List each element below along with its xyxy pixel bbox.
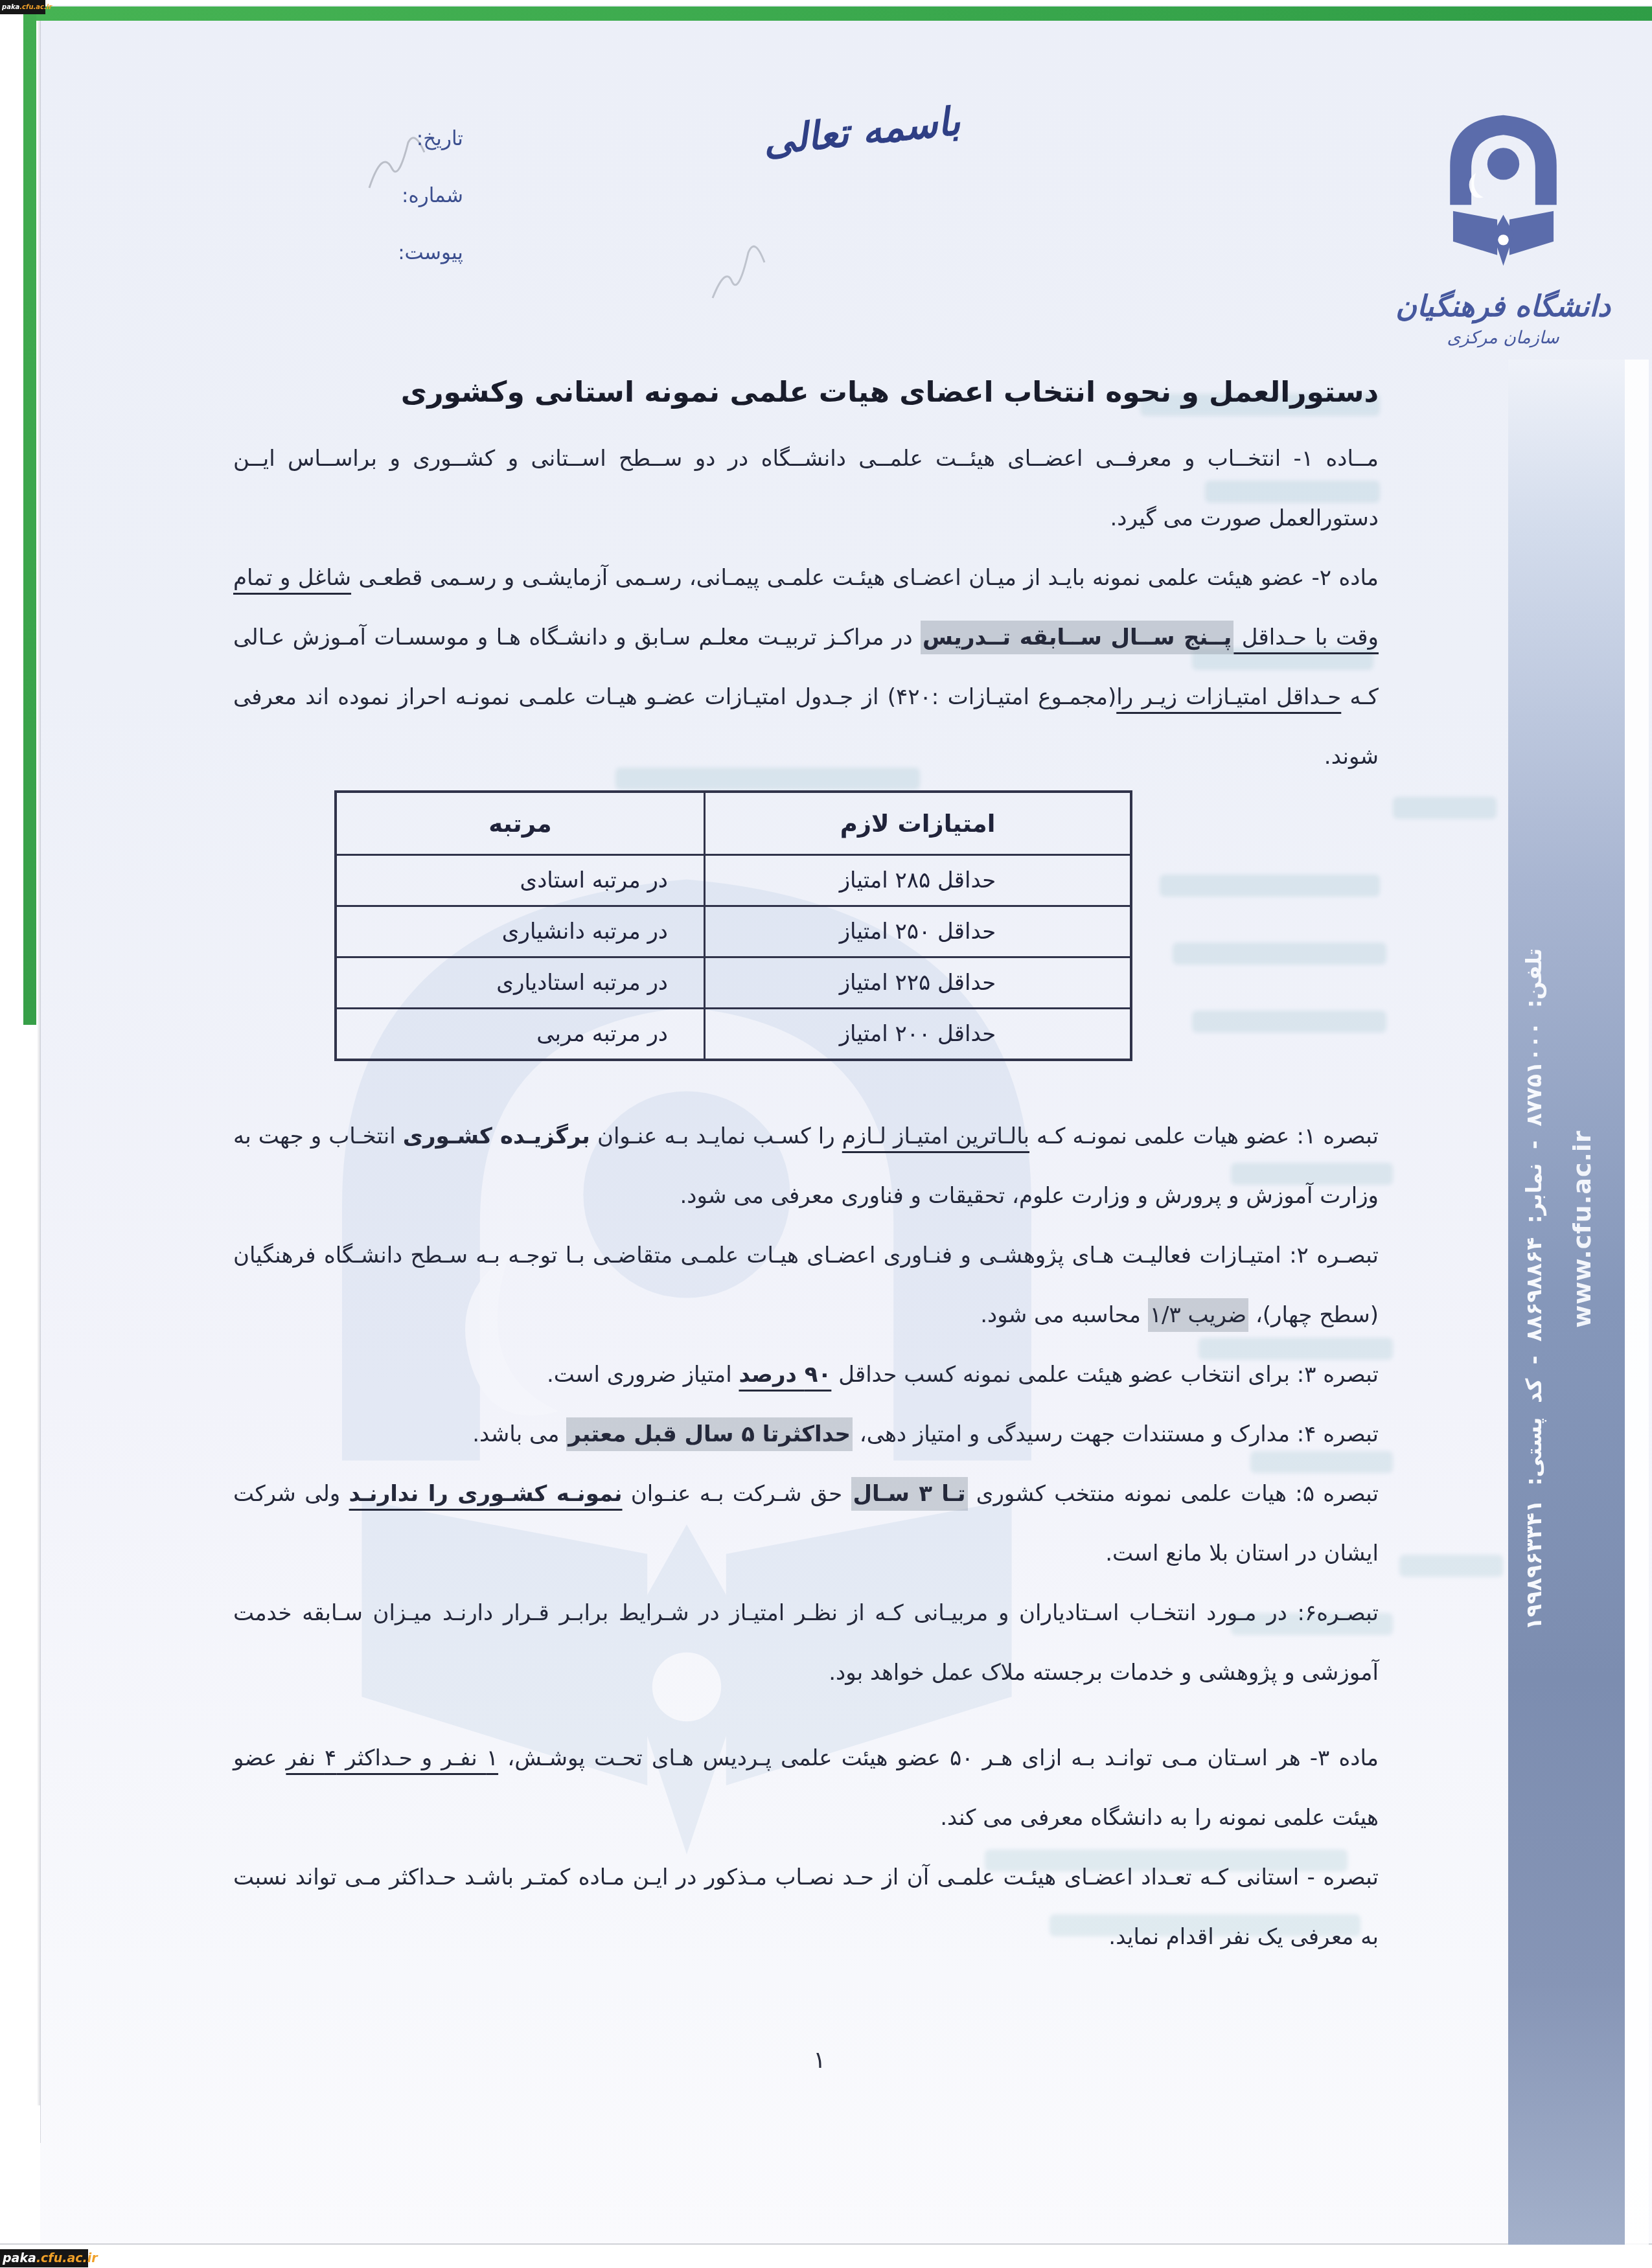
points-cell: حداقل ۲۵۰ امتیاز	[705, 906, 1132, 957]
document-title: دستورالعمل و نحوه انتخاب اعضای هیات علمی…	[233, 363, 1379, 422]
rank-cell: در مرتبه استادی	[336, 855, 705, 906]
article-1: مــاده ۱- انتخــاب و معرفــی اعضــای هیئ…	[233, 429, 1379, 548]
date-field-label: تاریخ:	[347, 110, 463, 167]
letter-header-fields: تاریخ: شماره: پیوست:	[347, 110, 463, 281]
paper-bottom-edge	[0, 2243, 1652, 2268]
scanned-page: تاریخ: شماره: پیوست: باسمه تعالی دانشگاه…	[0, 0, 1652, 2268]
badge-domain: .cfu.ac.ir	[19, 4, 52, 11]
article-3: ماده ۳- هر اسـتان مـی توانـد بـه ازای هـ…	[233, 1728, 1379, 1848]
table-header-row: امتیازات لازم مرتبه	[336, 792, 1131, 855]
table-row: حداقل ۲۸۵ امتیاز در مرتبه استادی	[336, 855, 1131, 906]
number-field-label: شماره:	[347, 167, 463, 224]
bleed-through-artifact	[1393, 797, 1497, 819]
university-subtitle: سازمان مرکزی	[1393, 328, 1613, 348]
letterhead-band-margin	[1625, 360, 1649, 2245]
rank-cell: در مرتبه دانشیاری	[336, 906, 705, 957]
contact-info-vertical: تلفن: ۸۷۷۵۱۰۰۰ - نمابر: ۸۸۶۹۸۸۶۴ - کد پس…	[1513, 849, 1555, 1730]
table-row: حداقل ۲۰۰ امتیاز در مرتبه مربی	[336, 1009, 1131, 1060]
green-left-border	[23, 6, 36, 1025]
rank-cell: در مرتبه مربی	[336, 1009, 705, 1060]
bleed-through-artifact	[1399, 1555, 1503, 1577]
document-body: دستورالعمل و نحوه انتخاب اعضای هیات علمی…	[233, 363, 1379, 1967]
points-cell: حداقل ۲۸۵ امتیاز	[705, 855, 1132, 906]
table-header-points: امتیازات لازم	[705, 792, 1132, 855]
paper-edge-shadow	[37, 5, 41, 2143]
table-row: حداقل ۲۵۰ امتیاز در مرتبه دانشیاری	[336, 906, 1131, 957]
university-logo: دانشگاه فرهنگیان سازمان مرکزی	[1393, 102, 1613, 348]
table-header-rank: مرتبه	[336, 792, 705, 855]
watermark-badge-bottom-left: paka.cfu.ac.ir	[0, 2249, 88, 2267]
final-note: تبصره - استانی کـه تعـداد اعضـای هیئـت ع…	[233, 1848, 1379, 1967]
points-cell: حداقل ۲۰۰ امتیاز	[705, 1009, 1132, 1060]
points-cell: حداقل ۲۲۵ امتیاز	[705, 957, 1132, 1009]
note-5: تبصره ۵: هیات علمی نمونه منتخب کشوری تـا…	[233, 1464, 1379, 1583]
note-2: تبصـره ۲: امتیـازات فعالیـت هـای پژوهشـی…	[233, 1226, 1379, 1345]
green-top-border	[23, 6, 1652, 21]
university-emblem-icon	[1427, 102, 1579, 279]
ranks-points-table: امتیازات لازم مرتبه حداقل ۲۸۵ امتیاز در …	[334, 790, 1132, 1061]
article-2: ماده ۲- عضو هیئت علمی نمونه بایـد از میـ…	[233, 548, 1379, 786]
page-number: ۱	[797, 2047, 842, 2074]
watermark-badge-top-left: paka.cfu.ac.ir	[0, 0, 45, 14]
attachment-field-label: پیوست:	[347, 224, 463, 281]
badge-site-name: paka	[2, 4, 19, 11]
note-3: تبصره ۳: برای انتخاب عضو هیئت علمی نمونه…	[233, 1345, 1379, 1404]
badge-domain: .cfu.ac.ir	[36, 2251, 98, 2265]
website-vertical: www.cfu.ac.ir	[1563, 1048, 1601, 1410]
university-name: دانشگاه فرهنگیان	[1393, 290, 1613, 323]
note-1: تبصره ۱: عضو هیات علمی نمونـه کـه بالـات…	[233, 1106, 1379, 1226]
note-6: تبصـره۶: در مـورد انتخـاب اسـتادیاران و …	[233, 1583, 1379, 1702]
rank-cell: در مرتبه استادیاری	[336, 957, 705, 1009]
pencil-scribble-icon	[700, 227, 777, 311]
note-4: تبصره ۴: مدارک و مستندات جهت رسیدگی و ام…	[233, 1404, 1379, 1464]
table-row: حداقل ۲۲۵ امتیاز در مرتبه استادیاری	[336, 957, 1131, 1009]
badge-site-name: paka	[3, 2251, 36, 2265]
